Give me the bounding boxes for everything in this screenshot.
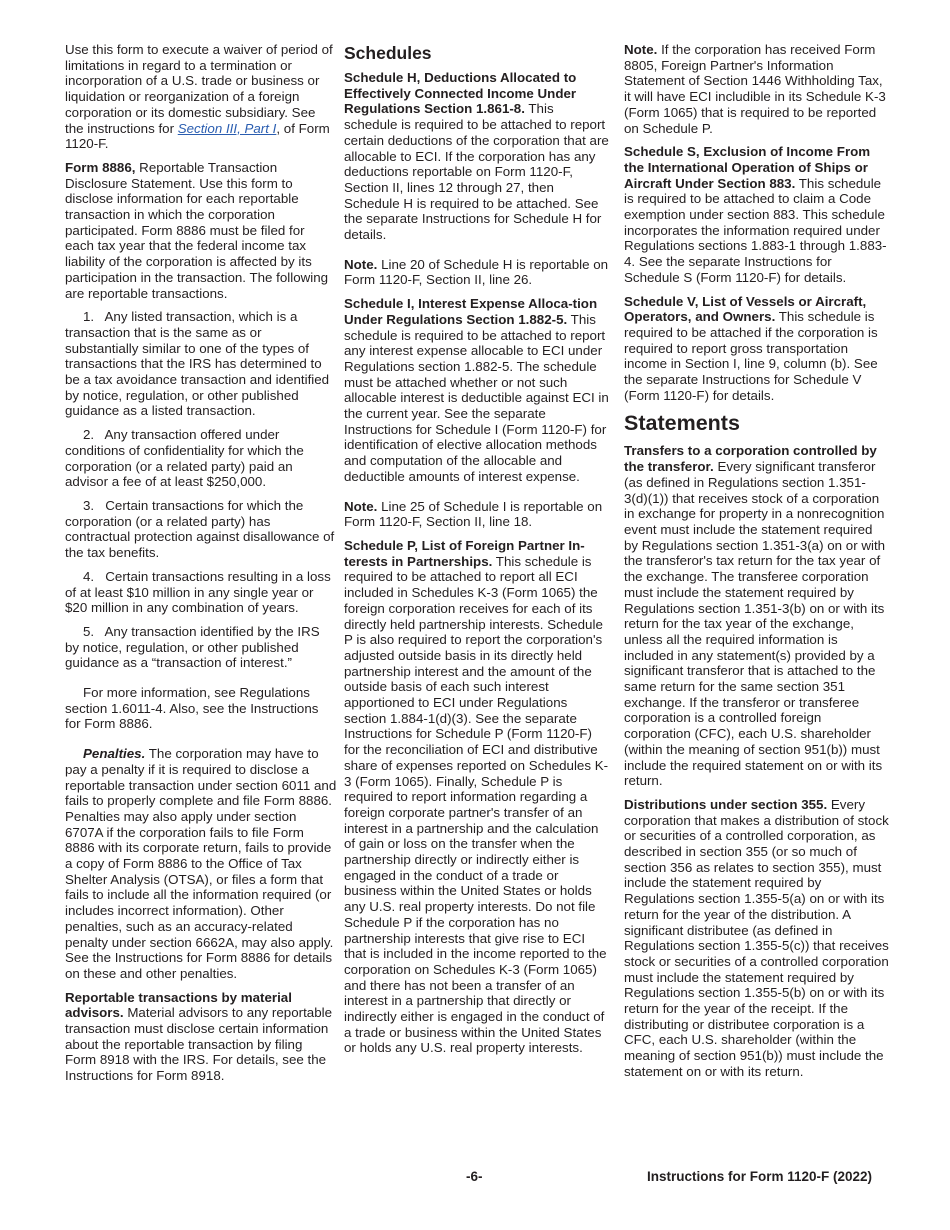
reportable-item-1: 1. Any listed transaction, which is a tr…: [65, 309, 337, 419]
reportable-item-2: 2. Any transaction offered under conditi…: [65, 427, 337, 490]
waiver-paragraph: Use this form to execute a waiver of per…: [65, 42, 337, 152]
running-footer-title: Instructions for Form 1120-F (2022): [647, 1169, 872, 1185]
column-3: Note. If the corporation has received Fo…: [624, 42, 889, 1088]
schedules-heading: Schedules: [344, 43, 609, 63]
penalties-paragraph: Penalties. The corporation may have to p…: [65, 746, 337, 982]
schedule-h-paragraph: Schedule H, Deductions Allocated to Effe…: [344, 70, 609, 243]
more-info-paragraph: For more information, see Regulations se…: [65, 685, 337, 732]
penalties-lead: Penalties.: [83, 746, 145, 761]
form-8886-paragraph: Form 8886, Reportable Transaction Disclo…: [65, 160, 337, 301]
page-number: -6-: [466, 1169, 483, 1185]
reportable-item-3: 3. Certain transactions for which the co…: [65, 498, 337, 561]
transfers-paragraph: Transfers to a corporation controlled by…: [624, 443, 889, 788]
note-schedule-i: Note. Line 25 of Schedule I is reportabl…: [344, 499, 609, 530]
reportable-item-5: 5. Any transaction identified by the IRS…: [65, 624, 337, 671]
distributions-lead: Distributions under section 355.: [624, 797, 827, 812]
note-schedule-h: Note. Line 20 of Schedule H is reportabl…: [344, 257, 609, 288]
distributions-paragraph: Distributions under section 355. Every c…: [624, 797, 889, 1080]
schedule-v-paragraph: Schedule V, List of Vessels or Aircraft,…: [624, 294, 889, 404]
material-advisors-paragraph: Reportable transactions by material advi…: [65, 990, 337, 1084]
note-schedule-p: Note. If the corporation has received Fo…: [624, 42, 889, 136]
schedule-i-paragraph: Schedule I, Interest Expense Alloca-tion…: [344, 296, 609, 484]
schedule-s-paragraph: Schedule S, Exclusion of Income From the…: [624, 144, 889, 285]
schedule-p-paragraph: Schedule P, List of Foreign Partner In-t…: [344, 538, 609, 1056]
statements-heading: Statements: [624, 411, 889, 435]
schedule-i-lead: Schedule I, Interest Expense Alloca-tion…: [344, 296, 597, 327]
section-iii-part-i-link[interactable]: Section III, Part I: [178, 121, 277, 136]
form-8886-lead: Form 8886,: [65, 160, 135, 175]
column-2: Schedules Schedule H, Deductions Allocat…: [344, 42, 609, 1064]
column-1: Use this form to execute a waiver of per…: [65, 42, 337, 1092]
reportable-item-4: 4. Certain transactions resulting in a l…: [65, 569, 337, 616]
